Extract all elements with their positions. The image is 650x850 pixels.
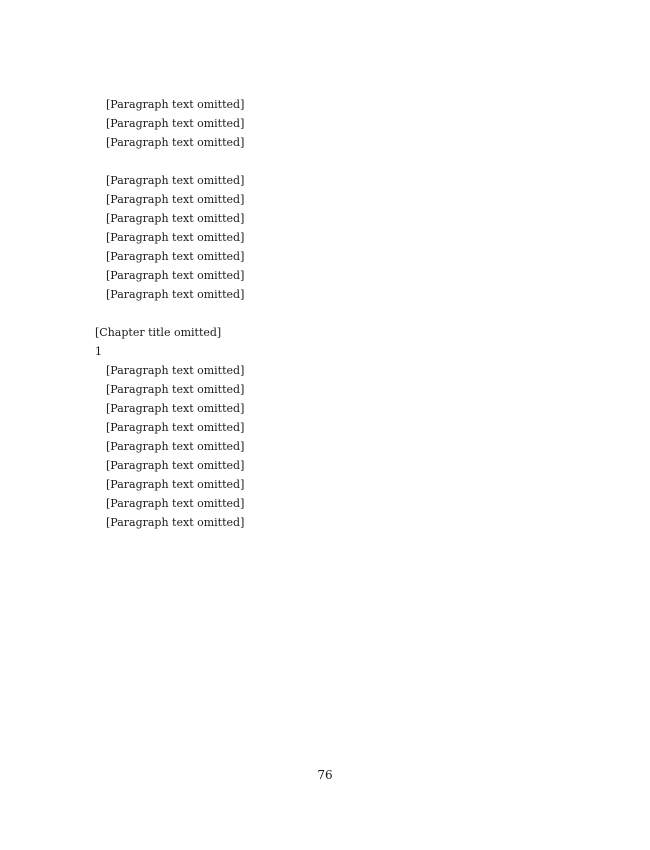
spacer bbox=[95, 152, 560, 171]
paragraph: [Paragraph text omitted] bbox=[95, 247, 560, 266]
paragraph: [Paragraph text omitted] bbox=[95, 209, 560, 228]
section-number: 1 bbox=[95, 342, 560, 361]
paragraph: [Paragraph text omitted] bbox=[95, 513, 560, 532]
paragraph: [Paragraph text omitted] bbox=[95, 133, 560, 152]
paragraph: [Paragraph text omitted] bbox=[95, 266, 560, 285]
paragraph: [Paragraph text omitted] bbox=[95, 361, 560, 380]
paragraph: [Paragraph text omitted] bbox=[95, 399, 560, 418]
paragraph: [Paragraph text omitted] bbox=[95, 494, 560, 513]
chapter-title: [Chapter title omitted] bbox=[95, 323, 560, 342]
paragraph: [Paragraph text omitted] bbox=[95, 171, 560, 190]
paragraph: [Paragraph text omitted] bbox=[95, 437, 560, 456]
paragraph: [Paragraph text omitted] bbox=[95, 380, 560, 399]
paragraph: [Paragraph text omitted] bbox=[95, 228, 560, 247]
spacer bbox=[95, 304, 560, 323]
paragraph: [Paragraph text omitted] bbox=[95, 285, 560, 304]
paragraph: [Paragraph text omitted] bbox=[95, 190, 560, 209]
paragraph: [Paragraph text omitted] bbox=[95, 475, 560, 494]
page-number: 76 bbox=[0, 768, 650, 782]
paragraph: [Paragraph text omitted] bbox=[95, 456, 560, 475]
paragraph: [Paragraph text omitted] bbox=[95, 114, 560, 133]
page-body: [Paragraph text omitted] [Paragraph text… bbox=[95, 95, 560, 532]
paragraph: [Paragraph text omitted] bbox=[95, 418, 560, 437]
paragraph: [Paragraph text omitted] bbox=[95, 95, 560, 114]
